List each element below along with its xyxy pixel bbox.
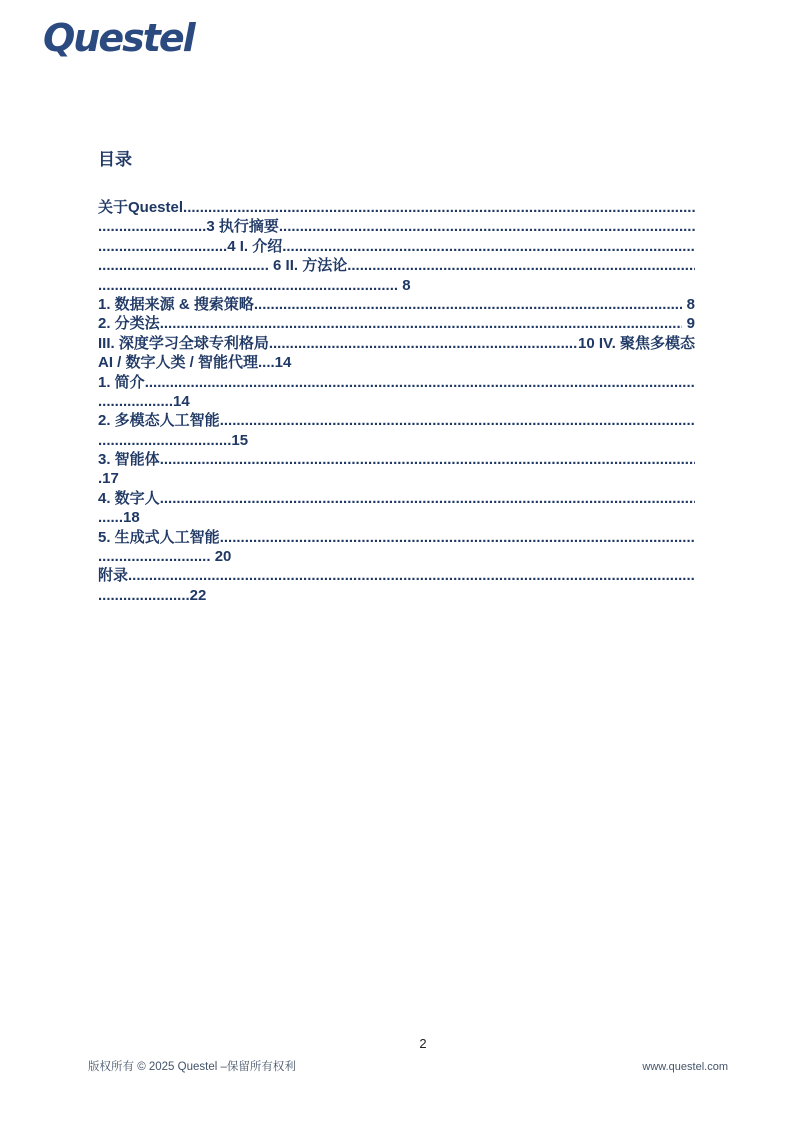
toc-leader-dots: ........................................… — [279, 217, 695, 236]
toc-line-text: ........................... 20 — [98, 547, 231, 566]
toc-leader-dots: ........................................… — [160, 489, 695, 508]
toc-line-text: 2. 多模态人工智能 — [98, 411, 220, 430]
toc-line-text: 4. 数字人 — [98, 489, 160, 508]
toc-line[interactable]: ........................................… — [98, 276, 695, 295]
toc-leader-dots: ........................................… — [220, 528, 695, 547]
toc-line[interactable]: 3. 智能体..................................… — [98, 450, 695, 469]
toc-leader-dots: ........................................… — [160, 314, 683, 333]
document-page: Questel 目录 关于Questel....................… — [0, 0, 794, 1123]
toc-line[interactable]: 2. 多模态人工智能..............................… — [98, 411, 695, 430]
toc-heading: 目录 — [98, 145, 132, 170]
toc-line[interactable]: ........................................… — [98, 256, 695, 275]
toc-leader-dots: ........................................… — [347, 256, 695, 275]
toc-leader-dots: ........................................… — [128, 566, 695, 585]
toc-leader-dots: ........................................… — [220, 411, 695, 430]
toc-leader-dots: ........................................… — [145, 373, 695, 392]
toc-line[interactable]: 关于Questel...............................… — [98, 198, 695, 217]
toc-line[interactable]: III. 深度学习全球专利格局.........................… — [98, 334, 695, 353]
toc-line-text: 2. 分类法 — [98, 314, 160, 333]
toc-line[interactable]: ......................22 — [98, 586, 695, 605]
website-link[interactable]: www.questel.com — [642, 1061, 728, 1073]
toc-line-text: 3. 智能体 — [98, 450, 160, 469]
toc-line-text: ......18 — [98, 508, 140, 527]
toc-line[interactable]: ..........................3 执行摘要........… — [98, 217, 695, 236]
toc-line[interactable]: 附录......................................… — [98, 566, 695, 585]
toc-line[interactable]: 1. 简介...................................… — [98, 373, 695, 392]
toc-line[interactable]: ......18 — [98, 508, 695, 527]
toc-leader-dots: ........................................… — [183, 198, 695, 217]
toc-line-text: ......................22 — [98, 586, 206, 605]
toc-line-text: ........................................… — [98, 276, 411, 295]
toc-line-text: 附录 — [98, 566, 128, 585]
toc-line-text: ...............................4 I. 介绍 — [98, 237, 282, 256]
toc-line-text: 1. 简介 — [98, 373, 145, 392]
toc-list: 关于Questel...............................… — [98, 198, 695, 605]
toc-line-page: 8 — [682, 295, 695, 314]
toc-leader-dots: ........................................… — [269, 334, 578, 353]
toc-line-text: ................................15 — [98, 431, 248, 450]
toc-line-page: 9 — [682, 314, 695, 333]
toc-line-text: 关于Questel — [98, 198, 183, 217]
toc-line[interactable]: .17 — [98, 469, 695, 488]
toc-line-text: AI / 数字人类 / 智能代理....14 — [98, 353, 291, 372]
questel-logo: Questel — [43, 16, 194, 60]
footer: 版权所有 © 2025 Questel –保留所有权利 www.questel.… — [88, 1058, 728, 1074]
toc-line[interactable]: 2. 分类法..................................… — [98, 314, 695, 333]
toc-line[interactable]: 5. 生成式人工智能..............................… — [98, 528, 695, 547]
toc-line-text: 1. 数据来源 & 搜索策略 — [98, 295, 254, 314]
toc-line[interactable]: AI / 数字人类 / 智能代理....14 — [98, 353, 695, 372]
toc-line-text: 5. 生成式人工智能 — [98, 528, 220, 547]
toc-line[interactable]: ........................... 20 — [98, 547, 695, 566]
toc-line[interactable]: ................................15 — [98, 431, 695, 450]
page-number: 2 — [419, 1036, 426, 1051]
toc-line-page: 10 IV. 聚焦多模态 — [578, 334, 695, 353]
toc-line[interactable]: 4. 数字人..................................… — [98, 489, 695, 508]
toc-line[interactable]: ..................14 — [98, 392, 695, 411]
toc-line[interactable]: 1. 数据来源 & 搜索策略..........................… — [98, 295, 695, 314]
toc-line-text: ........................................… — [98, 256, 347, 275]
toc-leader-dots: ........................................… — [160, 450, 695, 469]
toc-line-text: ..................14 — [98, 392, 190, 411]
copyright-text: 版权所有 © 2025 Questel –保留所有权利 — [88, 1058, 296, 1074]
toc-leader-dots: ........................................… — [254, 295, 683, 314]
toc-line-text: .17 — [98, 469, 119, 488]
toc-line-text: ..........................3 执行摘要 — [98, 217, 279, 236]
toc-line[interactable]: ...............................4 I. 介绍..… — [98, 237, 695, 256]
toc-line-text: III. 深度学习全球专利格局 — [98, 334, 269, 353]
toc-leader-dots: ........................................… — [282, 237, 695, 256]
